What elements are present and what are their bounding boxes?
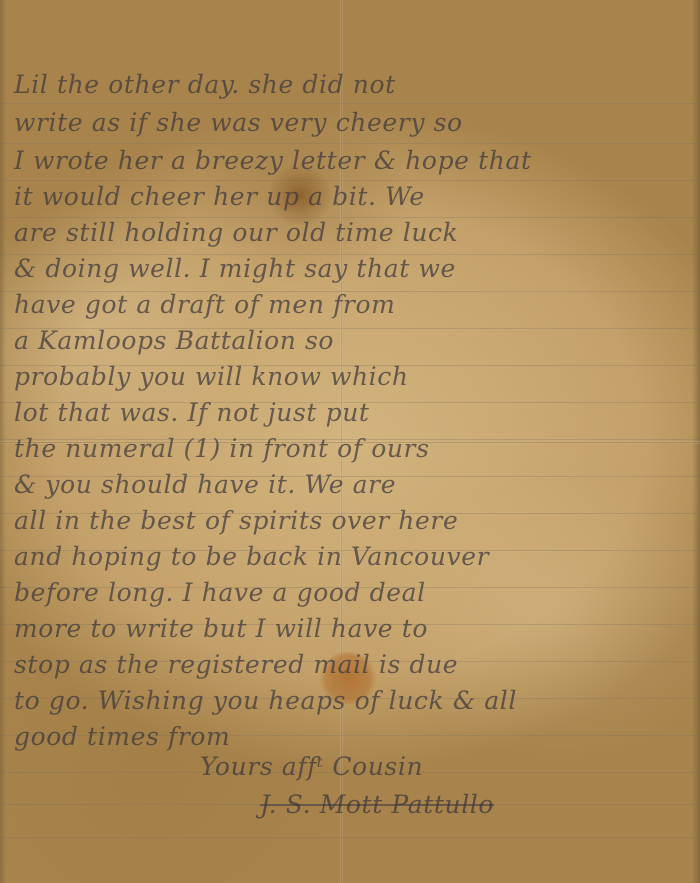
ruled-line [0, 103, 700, 104]
letter-line: I wrote her a breezy letter & hope that [14, 146, 532, 175]
letter-line: the numeral (1) in front of ours [14, 434, 430, 463]
letter-line: a Kamloops Battalion so [14, 326, 334, 355]
letter-page: Lil the other day. she did not write as … [0, 0, 700, 883]
ruled-line [0, 180, 700, 181]
letter-line: probably you will know which [14, 362, 409, 391]
letter-signature: J. S. Mott Pattullo [260, 790, 494, 819]
letter-line: have got a draft of men from [14, 290, 395, 319]
letter-line: it would cheer her up a bit. We [14, 182, 425, 211]
letter-line: & doing well. I might say that we [14, 254, 456, 283]
letter-line: before long. I have a good deal [14, 578, 426, 607]
letter-line: Lil the other day. she did not [14, 70, 396, 99]
letter-line: & you should have it. We are [14, 470, 396, 499]
letter-line: good times from [14, 722, 230, 751]
letter-line: and hoping to be back in Vancouver [14, 542, 489, 571]
letter-line: all in the best of spirits over here [14, 506, 458, 535]
letter-line: more to write but I will have to [14, 614, 428, 643]
letter-closing: Yours affᵗ Cousin [200, 752, 423, 781]
letter-line: stop as the registered mail is due [14, 650, 458, 679]
ruled-line [0, 837, 700, 838]
ruled-line [0, 143, 700, 144]
letter-line: to go. Wishing you heaps of luck & all [14, 686, 517, 715]
letter-line: lot that was. If not just put [14, 398, 370, 427]
letter-line: are still holding our old time luck [14, 218, 458, 247]
letter-line: write as if she was very cheery so [14, 108, 463, 137]
